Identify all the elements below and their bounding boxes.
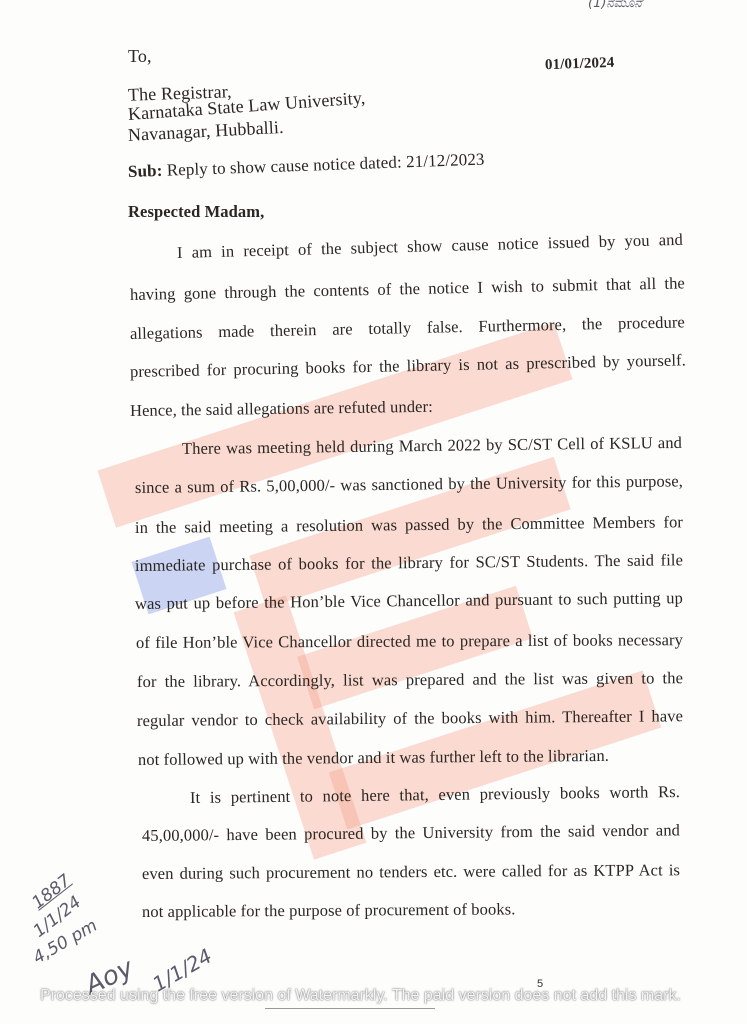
paragraph-2-line-9: not followed up with the vendor and it w… xyxy=(138,746,609,770)
letter-date: 01/01/2024 xyxy=(545,55,615,74)
paragraph-2-line-6: of file Hon’ble Vice Chancellor directed… xyxy=(136,630,683,653)
subject-line: Sub: Reply to show cause notice dated: 2… xyxy=(128,150,485,182)
paragraph-2-line-8: regular vendor to check availability of … xyxy=(137,706,683,731)
paragraph-1-line-1: I am in receipt of the subject show caus… xyxy=(177,230,683,263)
greeting: Respected Madam, xyxy=(128,202,264,222)
paragraph-3-line-3: even during such procurement no tenders … xyxy=(142,860,680,884)
subject-label: Sub: xyxy=(128,161,163,181)
paragraph-3-line-2: 45,00,000/- have been procured by the Un… xyxy=(142,820,680,846)
paragraph-2-line-2: since a sum of Rs. 5,00,000/- was sancti… xyxy=(135,471,683,498)
letter-body: (1)ನಮೂನೆ To, 01/01/2024 The Registrar, K… xyxy=(0,0,747,1024)
paragraph-2-line-7: for the library. Accordingly, list was p… xyxy=(137,668,683,692)
paragraph-3-line-4: not applicable for the purpose of procur… xyxy=(142,899,516,922)
paragraph-2-line-4: immediate purchase of books for the libr… xyxy=(135,550,683,576)
paragraph-2-line-3: in the said meeting a resolution was pas… xyxy=(135,512,683,538)
paragraph-2-line-1: There was meeting held during March 2022… xyxy=(182,433,682,459)
paragraph-1-line-4: prescribed for procuring books for the l… xyxy=(130,350,686,382)
paragraph-2-line-5: was put up before the Hon’ble Vice Chanc… xyxy=(135,588,683,614)
header-annotation: (1)ನಮೂನೆ xyxy=(588,0,642,11)
document-page: (1)ನಮೂನೆ To, 01/01/2024 The Registrar, K… xyxy=(0,0,747,1024)
paragraph-1-line-5: Hence, the said allegations are refuted … xyxy=(130,397,433,421)
paragraph-1-line-2: having gone through the contents of the … xyxy=(130,273,685,305)
paragraph-3-line-1: It is pertinent to note here that, even … xyxy=(190,782,680,808)
footer-rule xyxy=(265,1008,435,1009)
salutation-to: To, xyxy=(128,46,152,67)
subject-text: Reply to show cause notice dated: 21/12/… xyxy=(166,150,484,180)
watermark-notice: Processed using the free version of Wate… xyxy=(40,987,681,1005)
paragraph-1-line-3: allegations made therein are totally fal… xyxy=(130,312,685,344)
